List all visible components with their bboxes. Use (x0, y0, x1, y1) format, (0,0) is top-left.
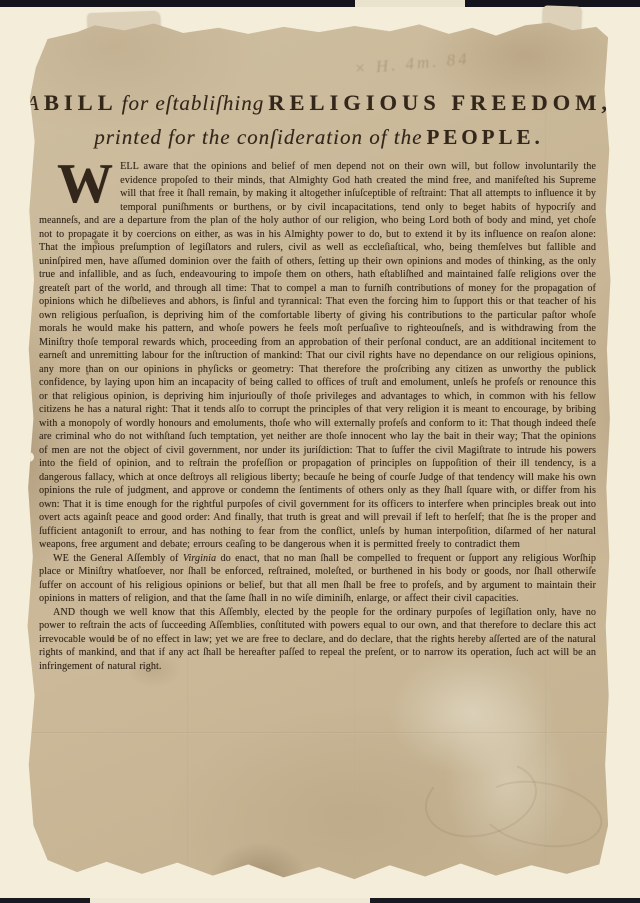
paragraph-enactment: WE the General Aſſembly of Virginia do e… (39, 552, 596, 606)
document-title: A BILL for eſtabliſhing RELIGIOUS FREEDO… (24, 86, 614, 153)
virginia-italic: Virginia (183, 553, 216, 564)
title-phrase-religious-freedom: RELIGIOUS FREEDOM, (268, 90, 612, 115)
title-word-people: PEOPLE. (426, 125, 543, 149)
title-line-2: printed for the conſideration of the PEO… (24, 121, 614, 154)
broadside-paper: × H. 4m. 84 A BILL for eſtabliſhing RELI… (24, 20, 614, 886)
preamble-text: ELL aware that the opinions and belief o… (39, 161, 596, 550)
pencil-annotation: × H. 4m. 84 (353, 49, 470, 79)
drop-cap-w: W (39, 160, 120, 212)
fold-crease-horizontal (24, 732, 614, 734)
paragraph-assurance: AND though we well know that this Aſſemb… (39, 606, 596, 674)
title-phrase-printed-for: printed for the conſideration of the (94, 125, 422, 149)
title-word-a: A (26, 91, 40, 115)
assurance-text: AND though we well know that this Aſſemb… (39, 607, 596, 672)
enactment-text-a: WE the General Aſſembly of (53, 553, 179, 564)
paragraph-preamble: WELL aware that the opinions and belief … (39, 160, 596, 552)
title-line-1: A BILL for eſtabliſhing RELIGIOUS FREEDO… (24, 86, 614, 121)
edge-tear-notch (20, 452, 34, 462)
scan-edge-bottom (0, 898, 640, 903)
body-text: WELL aware that the opinions and belief … (39, 160, 596, 673)
title-phrase-for-establishing: for eſtabliſhing (122, 91, 265, 115)
title-word-bill: BILL (44, 90, 118, 115)
